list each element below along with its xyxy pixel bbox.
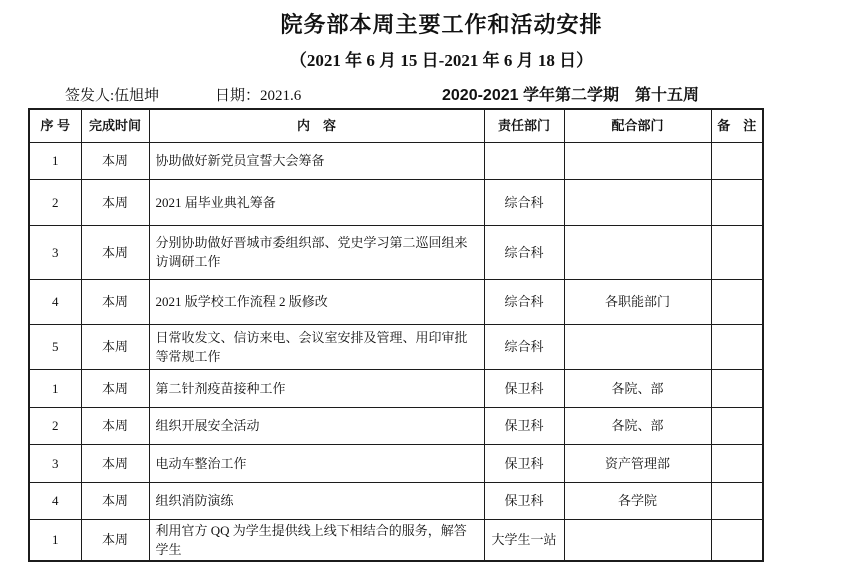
table-row: 2 本周 组织开展安全活动 保卫科 各院、部 (29, 407, 763, 444)
coop-cell (564, 225, 711, 279)
row-number-cell: 4 (29, 482, 81, 519)
time-cell: 本周 (81, 407, 149, 444)
coop-cell (564, 519, 711, 561)
row-number-cell: 3 (29, 225, 81, 279)
row-number-cell: 5 (29, 324, 81, 369)
table-row: 3 本周 电动车整治工作 保卫科 资产管理部 (29, 444, 763, 482)
note-cell (711, 444, 763, 482)
content-cell: 日常收发文、信访来电、会议室安排及管理、用印审批等常规工作 (149, 324, 484, 369)
content-cell: 2021 届毕业典礼筹备 (149, 179, 484, 225)
header-cell-note: 备 注 (711, 109, 763, 142)
dept-cell: 综合科 (484, 179, 564, 225)
note-cell (711, 407, 763, 444)
coop-cell: 各院、部 (564, 369, 711, 407)
document-header: 院务部本周主要工作和活动安排 （2021 年 6 月 15 日-2021 年 6… (0, 0, 847, 71)
content-cell: 组织开展安全活动 (149, 407, 484, 444)
note-cell (711, 225, 763, 279)
dept-cell: 保卫科 (484, 369, 564, 407)
note-cell (711, 279, 763, 324)
document-page: 院务部本周主要工作和活动安排 （2021 年 6 月 15 日-2021 年 6… (0, 0, 847, 564)
coop-cell: 各职能部门 (564, 279, 711, 324)
table-row: 1 本周 利用官方 QQ 为学生提供线上线下相结合的服务，解答学生 大学生一站 (29, 519, 763, 561)
header-cell-dept: 责任部门 (484, 109, 564, 142)
table-row: 4 本周 2021 版学校工作流程 2 版修改 综合科 各职能部门 (29, 279, 763, 324)
time-cell: 本周 (81, 444, 149, 482)
table-row: 4 本周 组织消防演练 保卫科 各学院 (29, 482, 763, 519)
time-cell: 本周 (81, 179, 149, 225)
content-cell: 第二针剂疫苗接种工作 (149, 369, 484, 407)
dept-cell: 保卫科 (484, 482, 564, 519)
dept-cell: 综合科 (484, 324, 564, 369)
time-cell: 本周 (81, 369, 149, 407)
note-cell (711, 369, 763, 407)
dept-cell: 综合科 (484, 279, 564, 324)
coop-cell: 资产管理部 (564, 444, 711, 482)
content-cell: 组织消防演练 (149, 482, 484, 519)
table-row: 2 本周 2021 届毕业典礼筹备 综合科 (29, 179, 763, 225)
issuer-label: 签发人:伍旭坤 (65, 84, 159, 105)
time-cell: 本周 (81, 142, 149, 179)
dept-cell: 综合科 (484, 225, 564, 279)
content-cell: 2021 版学校工作流程 2 版修改 (149, 279, 484, 324)
coop-cell: 各学院 (564, 482, 711, 519)
row-number-cell: 1 (29, 369, 81, 407)
row-number-cell: 1 (29, 519, 81, 561)
note-cell (711, 324, 763, 369)
table-row: 1 本周 第二针剂疫苗接种工作 保卫科 各院、部 (29, 369, 763, 407)
header-cell-content: 内 容 (149, 109, 484, 142)
table-row: 1 本周 协助做好新党员宣誓大会筹备 (29, 142, 763, 179)
dept-cell: 保卫科 (484, 407, 564, 444)
page-title: 院务部本周主要工作和活动安排 (36, 8, 847, 39)
content-cell: 电动车整治工作 (149, 444, 484, 482)
row-number-cell: 4 (29, 279, 81, 324)
note-cell (711, 142, 763, 179)
content-cell: 协助做好新党员宣誓大会筹备 (149, 142, 484, 179)
dept-cell: 大学生一站 (484, 519, 564, 561)
header-cell-coop: 配合部门 (564, 109, 711, 142)
row-number-cell: 3 (29, 444, 81, 482)
row-number-cell: 2 (29, 407, 81, 444)
coop-cell (564, 179, 711, 225)
time-cell: 本周 (81, 519, 149, 561)
dept-cell: 保卫科 (484, 444, 564, 482)
coop-cell (564, 324, 711, 369)
time-cell: 本周 (81, 324, 149, 369)
time-cell: 本周 (81, 225, 149, 279)
coop-cell: 各院、部 (564, 407, 711, 444)
coop-cell (564, 142, 711, 179)
time-cell: 本周 (81, 279, 149, 324)
content-cell: 分别协助做好晋城市委组织部、党史学习第二巡回组来访调研工作 (149, 225, 484, 279)
table-row: 5 本周 日常收发文、信访来电、会议室安排及管理、用印审批等常规工作 综合科 (29, 324, 763, 369)
note-cell (711, 482, 763, 519)
row-number-cell: 1 (29, 142, 81, 179)
header-cell-no: 序 号 (29, 109, 81, 142)
dept-cell (484, 142, 564, 179)
page-subtitle: （2021 年 6 月 15 日-2021 年 6 月 18 日） (36, 46, 847, 71)
time-cell: 本周 (81, 482, 149, 519)
row-number-cell: 2 (29, 179, 81, 225)
content-cell: 利用官方 QQ 为学生提供线上线下相结合的服务，解答学生 (149, 519, 484, 561)
semester-week-label: 2020-2021 学年第二学期 第十五周 (442, 82, 699, 105)
work-schedule-table: 序 号 完成时间 内 容 责任部门 配合部门 备 注 1 本周 协助做好新党员宣… (28, 108, 764, 562)
table-row: 3 本周 分别协助做好晋城市委组织部、党史学习第二巡回组来访调研工作 综合科 (29, 225, 763, 279)
note-cell (711, 519, 763, 561)
header-cell-time: 完成时间 (81, 109, 149, 142)
info-line: 签发人:伍旭坤 日期：2021.6 2020-2021 学年第二学期 第十五周 (0, 84, 847, 106)
note-cell (711, 179, 763, 225)
table-header-row: 序 号 完成时间 内 容 责任部门 配合部门 备 注 (29, 109, 763, 142)
date-label: 日期：2021.6 (215, 84, 301, 105)
